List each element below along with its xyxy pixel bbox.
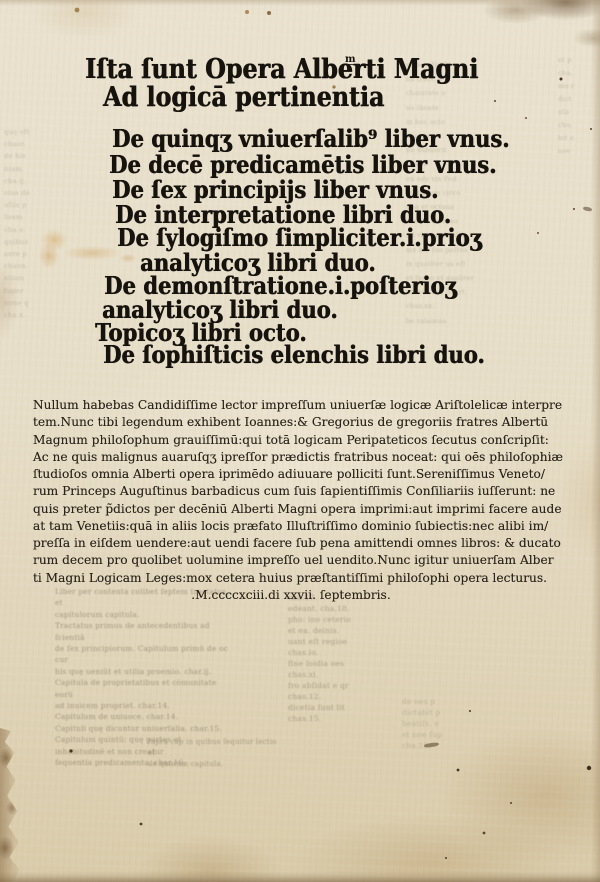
colophon-line: tem.Nunc tibi legendum exhibent Ioannes:… [33,414,549,431]
work-item: De quinqʒ vniuerſalib⁹ liber vnus. [112,124,509,153]
show-through-text: ſupra cap in quibus ſequitur lectio et d… [148,737,278,770]
page-edge-damage-left [0,728,24,882]
page-edge-bottom [0,871,600,882]
show-through-text: quę eſt chaor. de his niam. cha.ij. eius… [4,126,50,321]
colophon-line: at tam Venetiis:quā in aliis locis præfa… [33,518,549,535]
scanned-page: quę eſt chaor. de his niam. cha.ij. eius… [0,0,600,882]
colophon-line: Nullum habebas Candidiſſime lector impre… [33,397,549,414]
show-through-text: et p cha. mo r dict uſa cha. bit e noe [558,54,598,158]
work-item: De ſophiſticis elenchis libri duo. [103,340,485,369]
colophon-line: rum Princeps Auguſtinus barbadicus cum ſ… [33,483,549,500]
show-through-text: de oes p dictabit p beatiſs. e et noe ſu… [402,696,490,751]
page-surface: quę eſt chaor. de his niam. cha.ij. eius… [0,0,600,882]
imprint-date-line: .M.ccccxciii.di xxvii. ſeptembris. [33,587,549,604]
superscript-abbreviation-mark: m [345,55,356,65]
colophon-line: preſſa in eiſdem uendere:aut uendi facer… [33,535,549,552]
show-through-text: cha.17. edeant. cha.18. pho: ino ceterio… [288,592,368,724]
paper-specks [0,0,2,2]
colophon-line: ſtudioſos omnia Alberti opera iprimēdo a… [33,466,549,483]
colophon-line: Ac ne quis malignus auaruſqʒ ipreſſor pr… [33,449,549,466]
colophon-paragraph: Nullum habebas Candidiſſime lector impre… [33,397,549,604]
colophon-line: Magnum philoſophum grauiſſimū:qui totā l… [33,432,549,449]
page-edge-top [0,0,600,6]
page-title-line-2: Ad logicā pertinentia [103,82,384,113]
colophon-line: rum decem pro quolibet uolumine impreſſo… [33,552,549,569]
colophon-line: ti Magni Logicam Leges:mox cetera huius … [33,570,549,587]
page-title-line-1: Iſta ſunt Opera Alberti Magni [85,54,478,85]
colophon-line: quis preter p̃dictos per decēniū Alberti… [33,501,549,518]
